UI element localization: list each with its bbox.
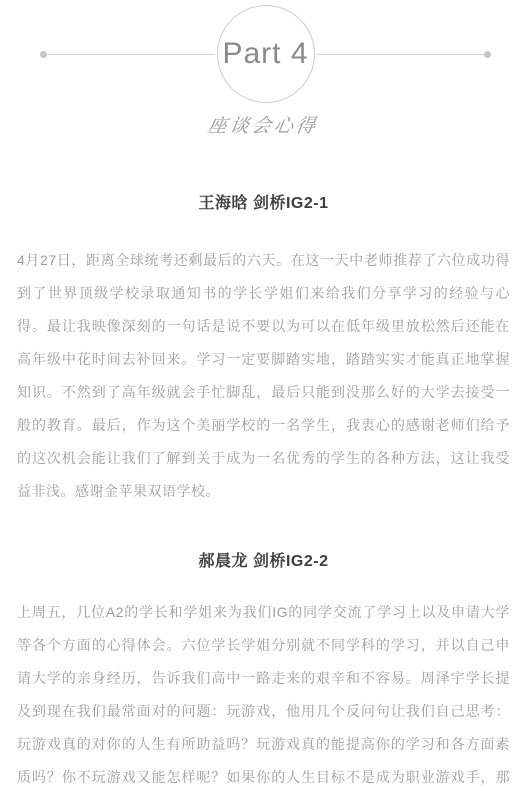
section-heading-1: 王海晗 剑桥IG2-1 <box>0 193 527 215</box>
paragraph-line: 般的教育。最后，作为这个美丽学校的一名学生，我衷心的感谢老师们给予 <box>17 409 510 442</box>
paragraph-line: 4月27日，距离全球统考还剩最后的六天。在这一天中老师推荐了六位成功得 <box>17 244 510 277</box>
paragraph-line: 上周五，几位A2的学长和学姐来为我们IG的同学交流了学习上以及申请大学 <box>17 596 510 629</box>
subtitle-calligraphy: 座谈会心得 <box>206 112 320 140</box>
paragraph-line: 请大学的亲身经历，告诉我们高中一路走来的艰辛和不容易。周泽宇学长提 <box>17 662 510 695</box>
divider-line-right <box>317 54 485 55</box>
paragraph-1: 4月27日，距离全球统考还剩最后的六天。在这一天中老师推荐了六位成功得 到了世界… <box>17 244 510 508</box>
part-label: Part 4 <box>222 37 308 71</box>
paragraph-2: 上周五，几位A2的学长和学姐来为我们IG的同学交流了学习上以及申请大学 等各个方… <box>17 596 510 791</box>
paragraph-line: 等各个方面的心得体会。六位学长学姐分别就不同学科的学习，并以自己申 <box>17 629 510 662</box>
divider-dot-right <box>484 51 491 58</box>
article-page: Part 4 座谈会心得 王海晗 剑桥IG2-1 4月27日，距离全球统考还剩最… <box>0 0 527 791</box>
paragraph-line: 质吗？你不玩游戏又能怎样呢？如果你的人生目标不是成为职业游戏手，那 <box>17 761 510 791</box>
part-circle: Part 4 <box>217 5 315 103</box>
paragraph-line: 高年级中花时间去补回来。学习一定要脚踏实地，踏踏实实才能真正地掌握 <box>17 343 510 376</box>
paragraph-line: 益非浅。感谢金苹果双语学校。 <box>17 475 510 508</box>
section-heading-2: 郝晨龙 剑桥IG2-2 <box>0 551 527 573</box>
divider-dot-left <box>40 51 47 58</box>
paragraph-line: 玩游戏真的对你的人生有所助益吗？玩游戏真的能提高你的学习和各方面素 <box>17 728 510 761</box>
divider-line-left <box>47 54 215 55</box>
subtitle-row: 座谈会心得 <box>0 112 527 140</box>
paragraph-line: 得。最让我映像深刻的一句话是说不要以为可以在低年级里放松然后还能在 <box>17 310 510 343</box>
paragraph-line: 的这次机会能让我们了解到关于成为一名优秀的学生的各种方法，这让我受 <box>17 442 510 475</box>
paragraph-line: 知识。不然到了高年级就会手忙脚乱，最后只能到没那么好的大学去接受一 <box>17 376 510 409</box>
paragraph-line: 到了世界顶级学校录取通知书的学长学姐们来给我们分享学习的经验与心 <box>17 277 510 310</box>
paragraph-line: 及到现在我们最常面对的问题：玩游戏，他用几个反问句让我们自己思考： <box>17 695 510 728</box>
part-header: Part 4 <box>0 0 527 104</box>
